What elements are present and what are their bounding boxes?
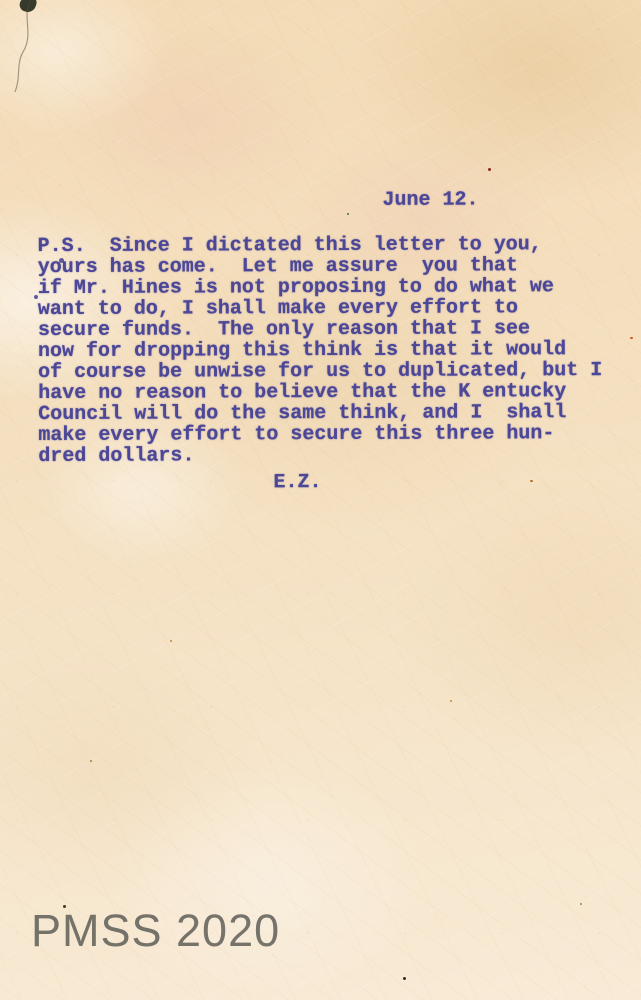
letter-body: P.S. Since I dictated this letter to you… [38,234,624,467]
letter-signature: E.Z. [38,471,623,494]
paper-speck [403,977,406,980]
paper-speck [488,168,491,171]
typed-line: dred dollars. [38,444,623,467]
pmss-watermark: PMSS 2020 [31,908,280,953]
paper-speck [450,700,452,702]
paper-speck [170,640,172,642]
paper-fiber-texture [0,0,641,1000]
typed-line: if Mr. Hines is not proposing to do what… [38,276,623,299]
scanned-letter-page: June 12. P.S. Since I dictated this lett… [0,0,641,1000]
typed-letter: June 12. P.S. Since I dictated this lett… [37,189,623,494]
paper-speck [630,337,633,339]
paper-crack-line [4,0,48,100]
paper-speck [90,760,92,762]
paper-mottle-texture [0,0,641,1000]
letter-date: June 12. [37,189,622,212]
typed-line: P.S. Since I dictated this letter to you… [38,234,623,257]
ink-blot-top-left [18,0,38,14]
typed-line: want to do, I shall make every effort to [38,297,623,320]
paper-speck [580,903,582,905]
typed-line: make every effort to secure this three h… [38,423,623,446]
